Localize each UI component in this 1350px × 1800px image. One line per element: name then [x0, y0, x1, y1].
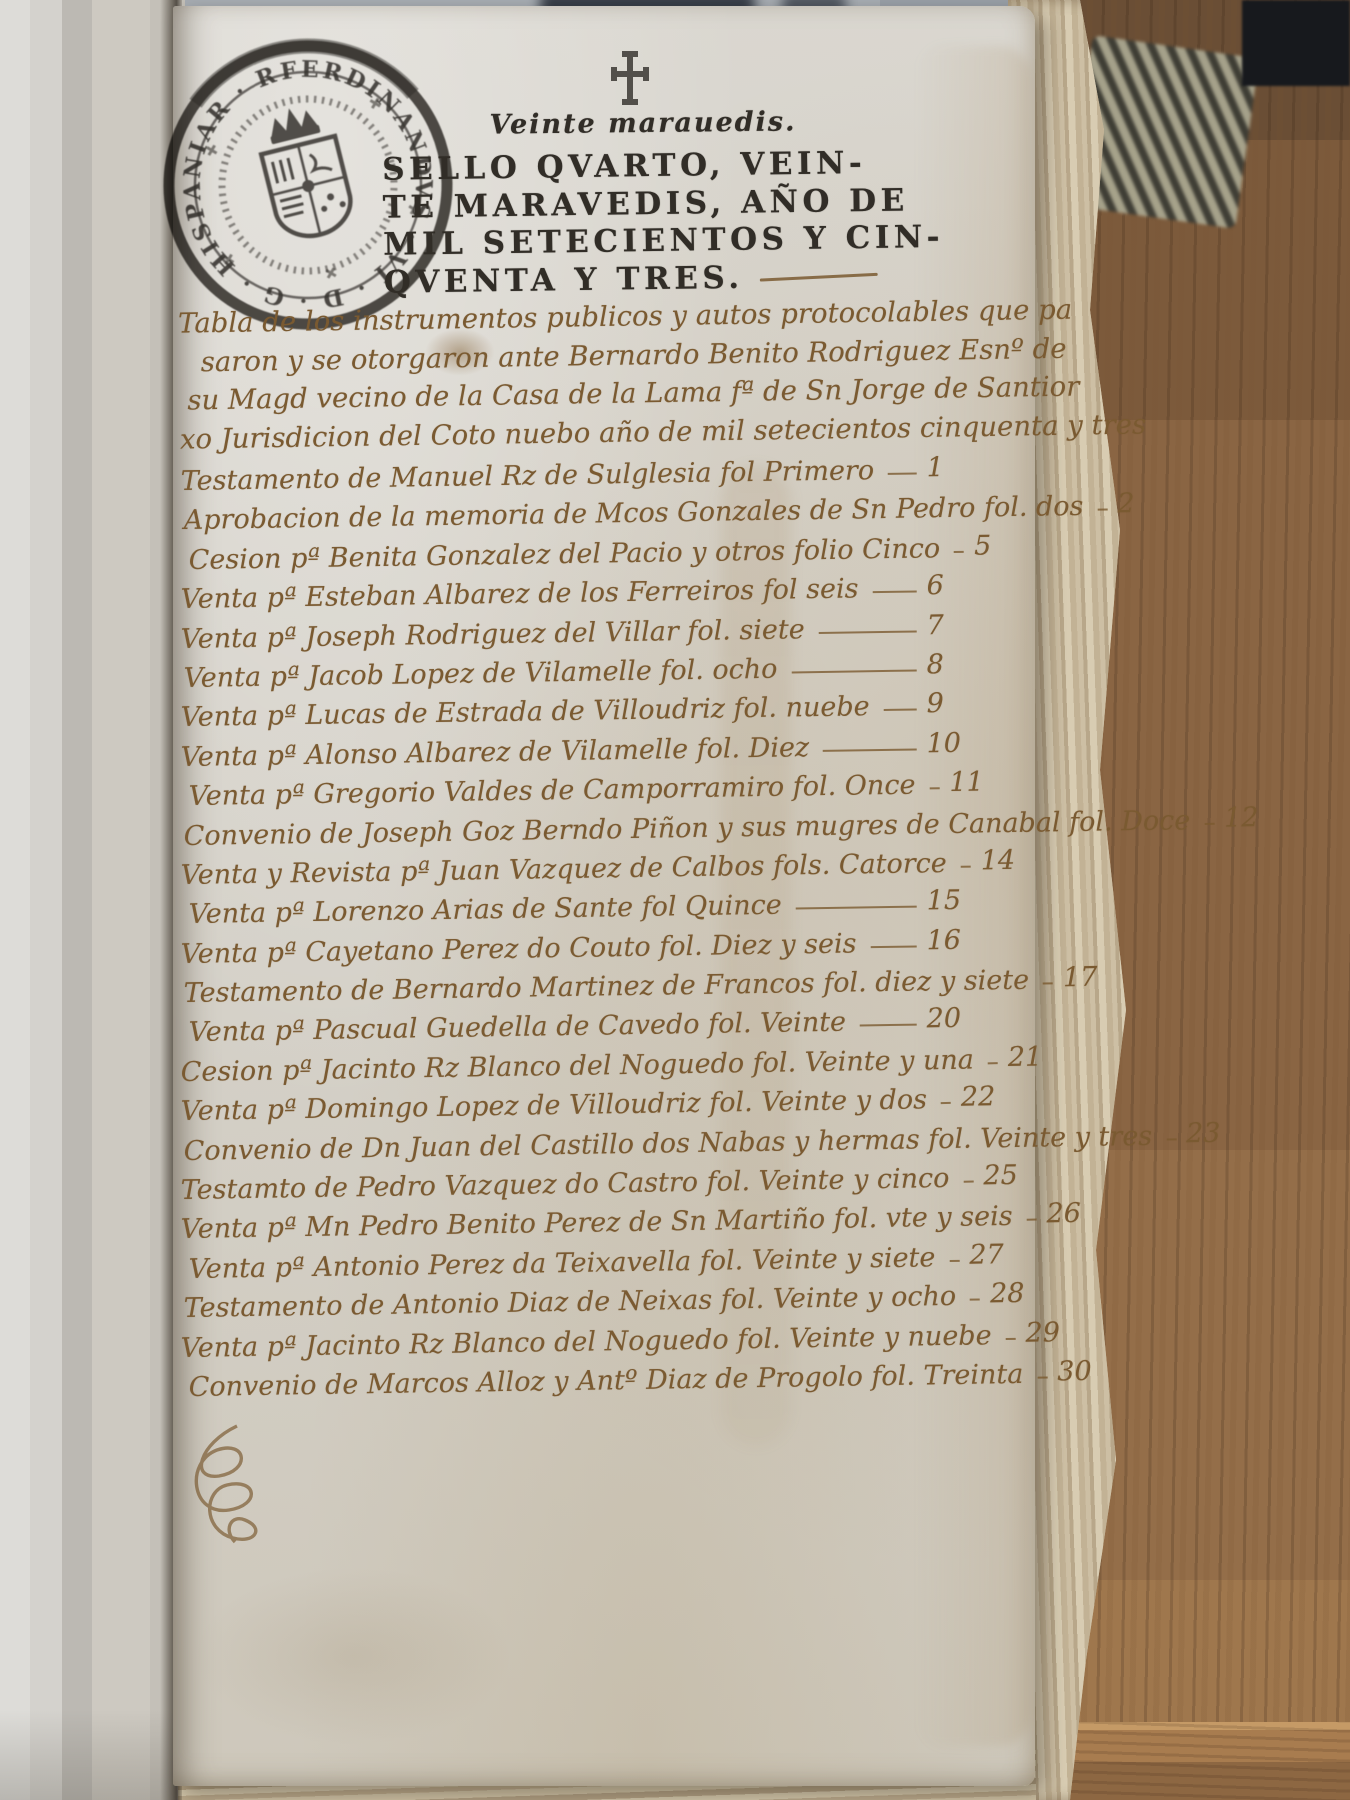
photo-of-manuscript: FERDINANDVS · VI · D · G · HISPANIAR · R… — [0, 0, 1350, 1800]
seal-coat-of-arms — [261, 136, 357, 244]
folio-number: 2 — [1117, 489, 1135, 522]
leader-line — [941, 1103, 951, 1105]
folio-number: 25 — [983, 1160, 1018, 1194]
folio-number: 1 — [926, 452, 981, 486]
folio-number: 22 — [961, 1082, 996, 1116]
leader-line — [884, 709, 917, 712]
leader-line — [888, 473, 917, 475]
index-entry-list: Testamento de Manuel Rz de Sulglesia fol… — [181, 458, 981, 1403]
folio-number: 9 — [926, 688, 981, 722]
paper-stain — [193, 1566, 513, 1746]
leader-line — [929, 788, 939, 790]
folio-number: 23 — [1186, 1118, 1221, 1152]
leader-line — [873, 591, 917, 594]
folio-number: 17 — [1063, 962, 1098, 996]
folio-number: 7 — [926, 609, 981, 643]
manuscript-page: FERDINANDVS · VI · D · G · HISPANIAR · R… — [173, 6, 1035, 1786]
folio-number: 21 — [1008, 1042, 1043, 1076]
leader-line — [796, 906, 917, 910]
leader-line — [961, 866, 971, 868]
folio-number: 8 — [926, 649, 981, 683]
folio-number: 5 — [974, 531, 992, 564]
folio-number: 11 — [949, 767, 984, 801]
folio-number: 26 — [1046, 1199, 1081, 1233]
index-introduction: Tabla de los instrumentos publicos y aut… — [178, 291, 1024, 458]
folio-number: 27 — [969, 1239, 1004, 1273]
leader-line — [860, 1024, 917, 1027]
leader-line — [1006, 1338, 1016, 1340]
leader-line — [988, 1062, 998, 1064]
notary-paraph-flourish — [175, 1418, 275, 1578]
folio-number: 6 — [926, 570, 981, 604]
folio-number: 29 — [1025, 1317, 1060, 1351]
leader-line — [1043, 983, 1053, 985]
folio-number: 15 — [926, 885, 981, 919]
leader-line — [1037, 1377, 1047, 1379]
folio-number: 10 — [926, 728, 981, 762]
leader-line — [871, 946, 917, 949]
tax-value-line: Veinte marauedis. — [463, 106, 823, 141]
entry-title: Convenio de Marcos Alloz y Antº Diaz de … — [189, 1359, 1024, 1403]
leader-line — [949, 1260, 959, 1262]
seal-crown-icon — [265, 102, 321, 144]
cross-potent-icon — [610, 48, 650, 108]
folio-number: 14 — [980, 845, 1015, 879]
leader-line — [970, 1299, 980, 1301]
leader-line — [954, 551, 964, 553]
folio-number: 12 — [1224, 802, 1259, 836]
leader-line — [963, 1181, 973, 1183]
leader-line — [791, 670, 916, 674]
leader-line — [1204, 823, 1214, 825]
ink-dash — [759, 272, 877, 281]
folio-number: 16 — [926, 925, 981, 959]
sello-heading: SELLO QVARTO, VEIN- TE MARAVEDIS, AÑO DE… — [382, 144, 924, 302]
leader-line — [823, 749, 917, 752]
folio-number: 28 — [990, 1278, 1025, 1312]
folio-number: 20 — [926, 1003, 981, 1037]
background-left-surface — [0, 0, 185, 1800]
dark-object-background — [1242, 0, 1350, 86]
folio-number: 30 — [1057, 1356, 1092, 1390]
leader-line — [1166, 1138, 1176, 1140]
leader-line — [819, 630, 917, 634]
